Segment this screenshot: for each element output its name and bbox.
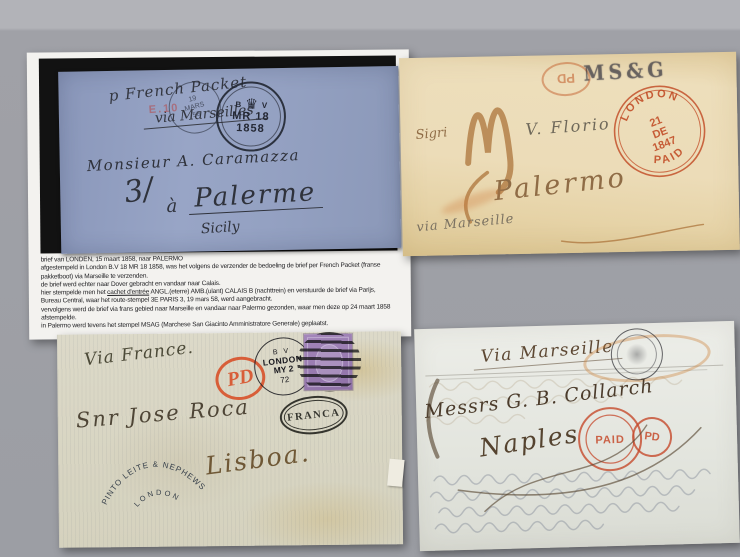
cover-london-palermo-1858: p French Packet via Marseilles E.10 19 M… xyxy=(58,66,401,254)
address-city: Palerme xyxy=(188,179,323,215)
cover-london-lisboa-1872: Via France. PD B V LONDON MY 2 72 Snr Jo… xyxy=(57,331,403,548)
address-preposition: à xyxy=(166,198,177,216)
cds-year: 72 xyxy=(280,375,290,385)
black-mount: p French Packet via Marseilles E.10 19 M… xyxy=(39,55,398,253)
franca-oval-handstamp: FRANCA xyxy=(278,393,349,437)
cover-london-naples: Via Marseille Messrs G. B. Collarch PAID… xyxy=(414,321,740,551)
pen-flourish xyxy=(447,422,712,539)
calais-cds-year: 58 xyxy=(192,110,202,120)
route-endorsement: via Marseille xyxy=(416,213,515,235)
cds-letter-left: B xyxy=(235,99,241,108)
route-endorsement: Via France. xyxy=(83,340,194,370)
address-prefix: Sigri xyxy=(415,126,448,142)
paper-tab xyxy=(387,459,404,487)
crown-icon: ♛ xyxy=(245,98,258,110)
cds-date: MR 18 xyxy=(232,110,270,123)
london-crown-datestamp: B ♛ V MR 18 1858 xyxy=(215,80,287,152)
caption-line: in Palermo werd tevens het stempel MSAG … xyxy=(41,320,403,331)
sender-city-arc: LONDON xyxy=(130,484,183,510)
caption-line-part: ANGL.(eterre) AMB.(ulant) CALAIS B (nach… xyxy=(149,287,375,296)
addressee-name: V. Florio xyxy=(525,116,611,138)
album-page: p French Packet via Marseilles E.10 19 M… xyxy=(27,49,411,339)
manuscript-rate: 3/ xyxy=(122,174,156,208)
description-label: brief van LONDEN, 15 maart 1858, naar PA… xyxy=(41,253,404,334)
duplex-bars-cancel xyxy=(296,331,361,393)
sender-name-arc: PINTO LEITE & NEPHEWS xyxy=(95,452,208,507)
cover-london-palermo-1847: PD MS&G LONDON PAID 21 DE 1847 Sigri V. … xyxy=(399,52,740,256)
underline-flourish xyxy=(557,220,707,249)
sender-cachet: PINTO LEITE & NEPHEWS LONDON xyxy=(81,437,222,536)
cds-crown-row: B ♛ V xyxy=(235,98,267,111)
photo-of-postal-covers: p French Packet via Marseilles E.10 19 M… xyxy=(0,0,740,557)
cds-letter-right: V xyxy=(262,100,268,109)
addressee-name: Monsieur A. Caramazza xyxy=(86,148,300,174)
cds-year: 1858 xyxy=(236,122,265,135)
svg-text:LONDON: LONDON xyxy=(130,484,183,510)
caption-line-underlined: cachet d'entrée xyxy=(107,289,149,296)
addressee-name: Snr Jose Roca xyxy=(75,397,250,432)
address-city: Lisboa. xyxy=(204,440,312,479)
caption-line-part: hier stempelde men het xyxy=(41,289,107,297)
address-country: Sicily xyxy=(200,220,240,237)
svg-text:PINTO LEITE & NEPHEWS: PINTO LEITE & NEPHEWS xyxy=(95,452,208,507)
